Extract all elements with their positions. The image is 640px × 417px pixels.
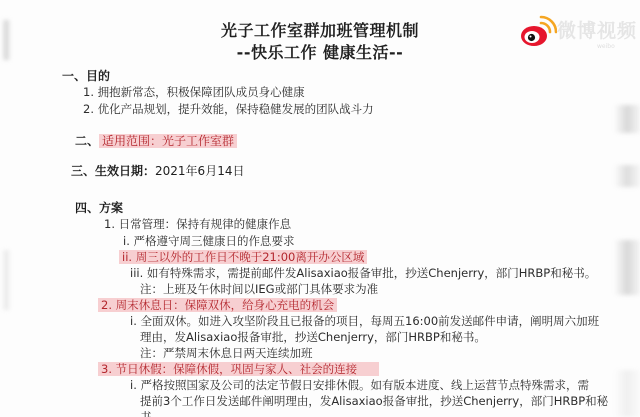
weibo-logo-icon xyxy=(519,14,557,50)
plan-holiday-title-highlight: 3. 节日休假：保障休假，巩固与家人、社会的连接 xyxy=(98,362,379,376)
section-purpose-heading: 一、目的 xyxy=(62,68,110,84)
plan-daily-item-2: ii. 周三以外的工作日不晚于21:00离开办公区域 xyxy=(119,249,367,265)
effective-date-label: 三、生效日期： xyxy=(71,164,155,178)
plan-daily-item-1: i. 严格遵守周三健康日的作息要求 xyxy=(123,233,295,249)
plan-daily-note: 注：上班及午休时间以IEG或部门具体要求为准 xyxy=(140,281,378,297)
watermark-subtext: weibo xyxy=(597,43,615,50)
purpose-item-2: 2. 优化产品规划，提升效能，保持稳健发展的团队战斗力 xyxy=(83,101,374,117)
right-edge-shadow xyxy=(614,370,640,417)
weibo-video-watermark: 微博视频 weibo xyxy=(519,12,640,52)
section-plan-heading: 四、方案 xyxy=(75,200,123,216)
scope-prefix: 二、 xyxy=(75,134,99,148)
plan-holiday-item-line-1: i. 严格按照国家及公司的法定节假日安排休假。如有版本进度、线上运营节点特殊需求… xyxy=(130,377,589,393)
document-page: 光子工作室群加班管理机制 --快乐工作 健康生活-- 微博视频 weibo 一、… xyxy=(0,0,640,417)
plan-holiday-title: 3. 节日休假：保障休假，巩固与家人、社会的连接 xyxy=(98,361,379,377)
plan-weekend-title-highlight: 2. 周末休息日：保障双休，给身心充电的机会 xyxy=(98,298,337,312)
right-edge-shadow xyxy=(614,105,640,133)
section-scope: 二、适用范围：光子工作室群 xyxy=(75,133,237,149)
plan-daily-item-2-highlight: ii. 周三以外的工作日不晚于21:00离开办公区域 xyxy=(119,250,367,264)
plan-weekend-title: 2. 周末休息日：保障双休，给身心充电的机会 xyxy=(98,297,337,313)
section-effective-date: 三、生效日期：2021年6月14日 xyxy=(71,163,244,179)
plan-weekend-item-line-1: i. 全面双休。如进入攻坚阶段且已报备的项目，每周五16:00前发送邮件申请，阐… xyxy=(130,313,599,329)
left-edge-shadow-lower xyxy=(2,250,10,310)
effective-date-value: 2021年6月14日 xyxy=(155,164,244,178)
plan-daily-item-3: iii. 如有特殊需求，需提前邮件发Alisaxiao报备审批，抄送Chenje… xyxy=(130,265,596,281)
plan-holiday-item-line-2: 提前3个工作日发送邮件阐明理由，发Alisaxiao报备审批，抄送Chenjer… xyxy=(140,393,608,409)
right-edge-shadow xyxy=(614,240,640,295)
scope-highlight: 适用范围：光子工作室群 xyxy=(99,134,237,148)
right-edge-shadow xyxy=(614,165,640,187)
plan-weekend-note: 注：严禁周末休息日两天连续加班 xyxy=(140,345,313,361)
plan-weekend-item-line-2: 理由，发Alisaxiao报备审批，抄送Chenjerry，部门HRBP和秘书。 xyxy=(140,329,486,345)
plan-holiday-item-line-3: 书。 xyxy=(140,409,163,417)
watermark-text: 微博视频 xyxy=(557,16,637,43)
plan-daily-title: 1. 日常管理：保持有规律的健康作息 xyxy=(104,216,291,232)
purpose-item-1: 1. 拥抱新常态，积极保障团队成员身心健康 xyxy=(83,84,305,100)
